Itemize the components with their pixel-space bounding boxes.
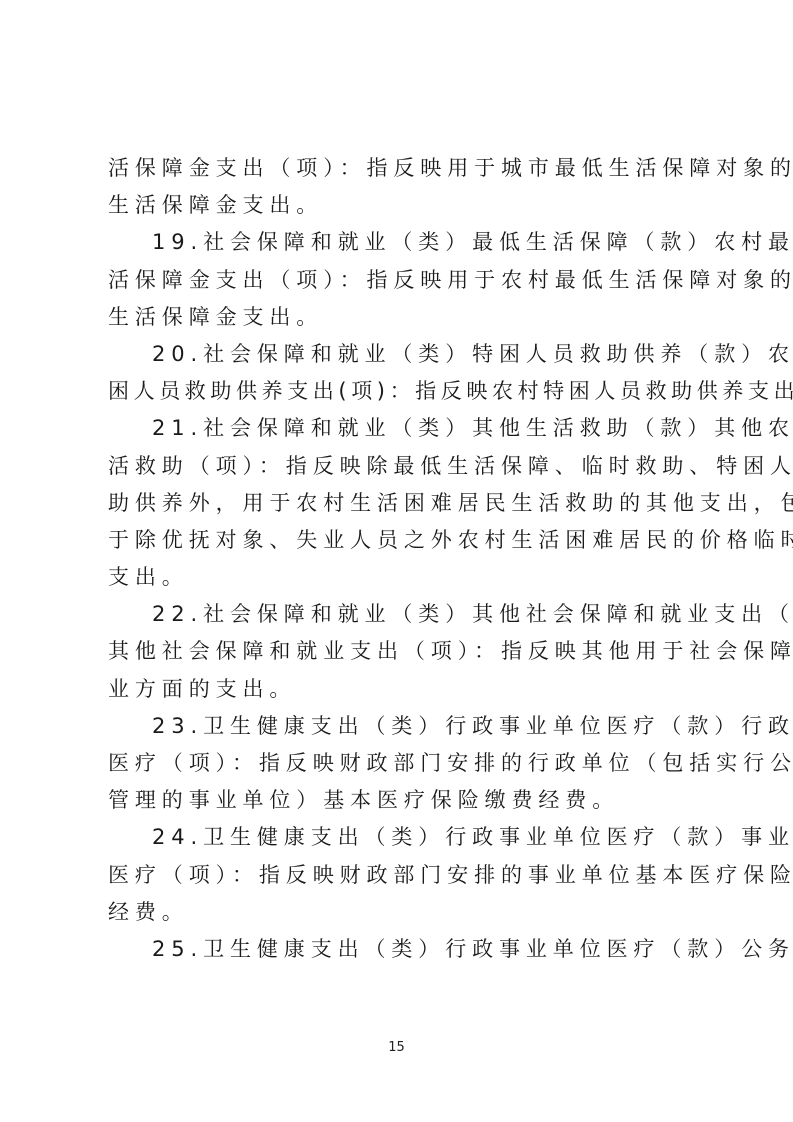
text-line: 助供养外，用于农村生活困难居民生活救助的其他支出，包括用 xyxy=(108,485,698,522)
item-19-heading: 19.社会保障和就业（类）最低生活保障（款）农村最低生 xyxy=(108,224,698,261)
page-number: 15 xyxy=(0,1040,793,1055)
item-21-heading: 21.社会保障和就业（类）其他生活救助（款）其他农村生 xyxy=(108,410,698,447)
text-line: 医疗（项）：指反映财政部门安排的事业单位基本医疗保险缴费 xyxy=(108,857,698,894)
item-25-heading: 25.卫生健康支出（类）行政事业单位医疗（款）公务员医 xyxy=(108,931,698,968)
text-line: 其他社会保障和就业支出（项）：指反映其他用于社会保障和就 xyxy=(108,633,698,670)
text-line: 支出。 xyxy=(108,559,698,596)
document-page: 活保障金支出（项）：指反映用于城市最低生活保障对象的最低 生活保障金支出。 19… xyxy=(0,0,793,1122)
text-line: 困人员救助供养支出(项)：指反映农村特困人员救助供养支出。 xyxy=(108,373,698,410)
text-line: 业方面的支出。 xyxy=(108,671,698,708)
text-line: 于除优抚对象、失业人员之外农村生活困难居民的价格临时补贴 xyxy=(108,522,698,559)
text-line: 生活保障金支出。 xyxy=(108,299,698,336)
text-line: 活保障金支出（项）：指反映用于农村最低生活保障对象的最低 xyxy=(108,262,698,299)
text-line: 活保障金支出（项）：指反映用于城市最低生活保障对象的最低 xyxy=(108,150,698,187)
body-text: 活保障金支出（项）：指反映用于城市最低生活保障对象的最低 生活保障金支出。 19… xyxy=(108,150,698,968)
text-line: 医疗（项）：指反映财政部门安排的行政单位（包括实行公务员 xyxy=(108,745,698,782)
item-24-heading: 24.卫生健康支出（类）行政事业单位医疗（款）事业单位 xyxy=(108,819,698,856)
item-23-heading: 23.卫生健康支出（类）行政事业单位医疗（款）行政单位 xyxy=(108,708,698,745)
item-22-heading: 22.社会保障和就业（类）其他社会保障和就业支出（款） xyxy=(108,596,698,633)
text-line: 活救助（项）：指反映除最低生活保障、临时救助、特困人员救 xyxy=(108,448,698,485)
item-20-heading: 20.社会保障和就业（类）特困人员救助供养（款）农村特 xyxy=(108,336,698,373)
text-line: 经费。 xyxy=(108,894,698,931)
text-line: 管理的事业单位）基本医疗保险缴费经费。 xyxy=(108,782,698,819)
text-line: 生活保障金支出。 xyxy=(108,187,698,224)
